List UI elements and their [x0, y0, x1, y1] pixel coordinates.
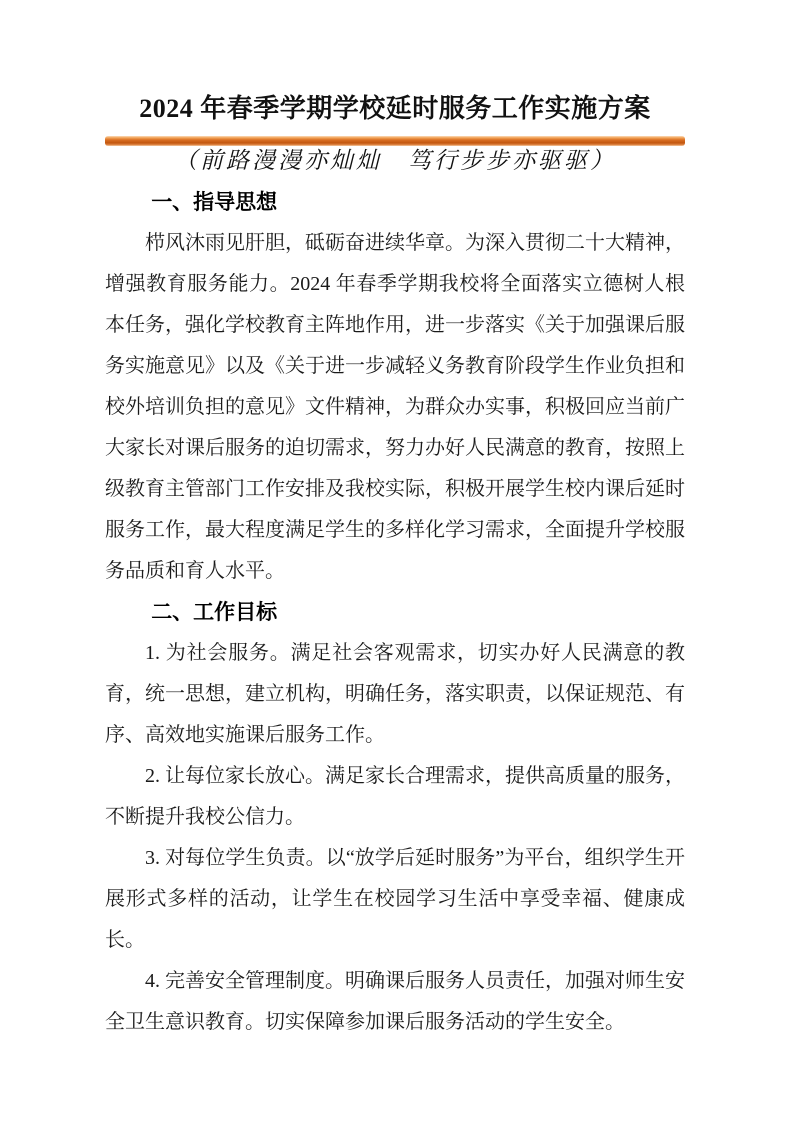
paragraph-goal-3: 3. 对每位学生负责。以“放学后延时服务”为平台，组织学生开展形式多样的活动，让… — [105, 838, 685, 961]
paragraph-goal-4: 4. 完善安全管理制度。明确课后服务人员责任，加强对师生安全卫生意识教育。切实保… — [105, 961, 685, 1043]
paragraph-guiding-ideology: 栉风沐雨见肝胆，砥砺奋进续华章。为深入贯彻二十大精神，增强教育服务能力。2024… — [105, 223, 685, 592]
paragraph-goal-1: 1. 为社会服务。满足社会客观需求，切实办好人民满意的教育，统一思想，建立机构，… — [105, 633, 685, 756]
document-page: 2024 年春季学期学校延时服务工作实施方案 （前路漫漫亦灿灿 笃行步步亦驱驱）… — [0, 0, 793, 1122]
document-subtitle: （前路漫漫亦灿灿 笃行步步亦驱驱） — [105, 146, 685, 176]
document-body: 一、指导思想 栉风沐雨见肝胆，砥砺奋进续华章。为深入贯彻二十大精神，增强教育服务… — [105, 182, 685, 1043]
section-heading-guiding-ideology: 一、指导思想 — [105, 182, 685, 223]
section-heading-work-goals: 二、工作目标 — [105, 592, 685, 633]
paragraph-goal-2: 2. 让每位家长放心。满足家长合理需求，提供高质量的服务，不断提升我校公信力。 — [105, 756, 685, 838]
document-title: 2024 年春季学期学校延时服务工作实施方案 — [105, 90, 685, 128]
title-underline-bar — [105, 136, 685, 146]
